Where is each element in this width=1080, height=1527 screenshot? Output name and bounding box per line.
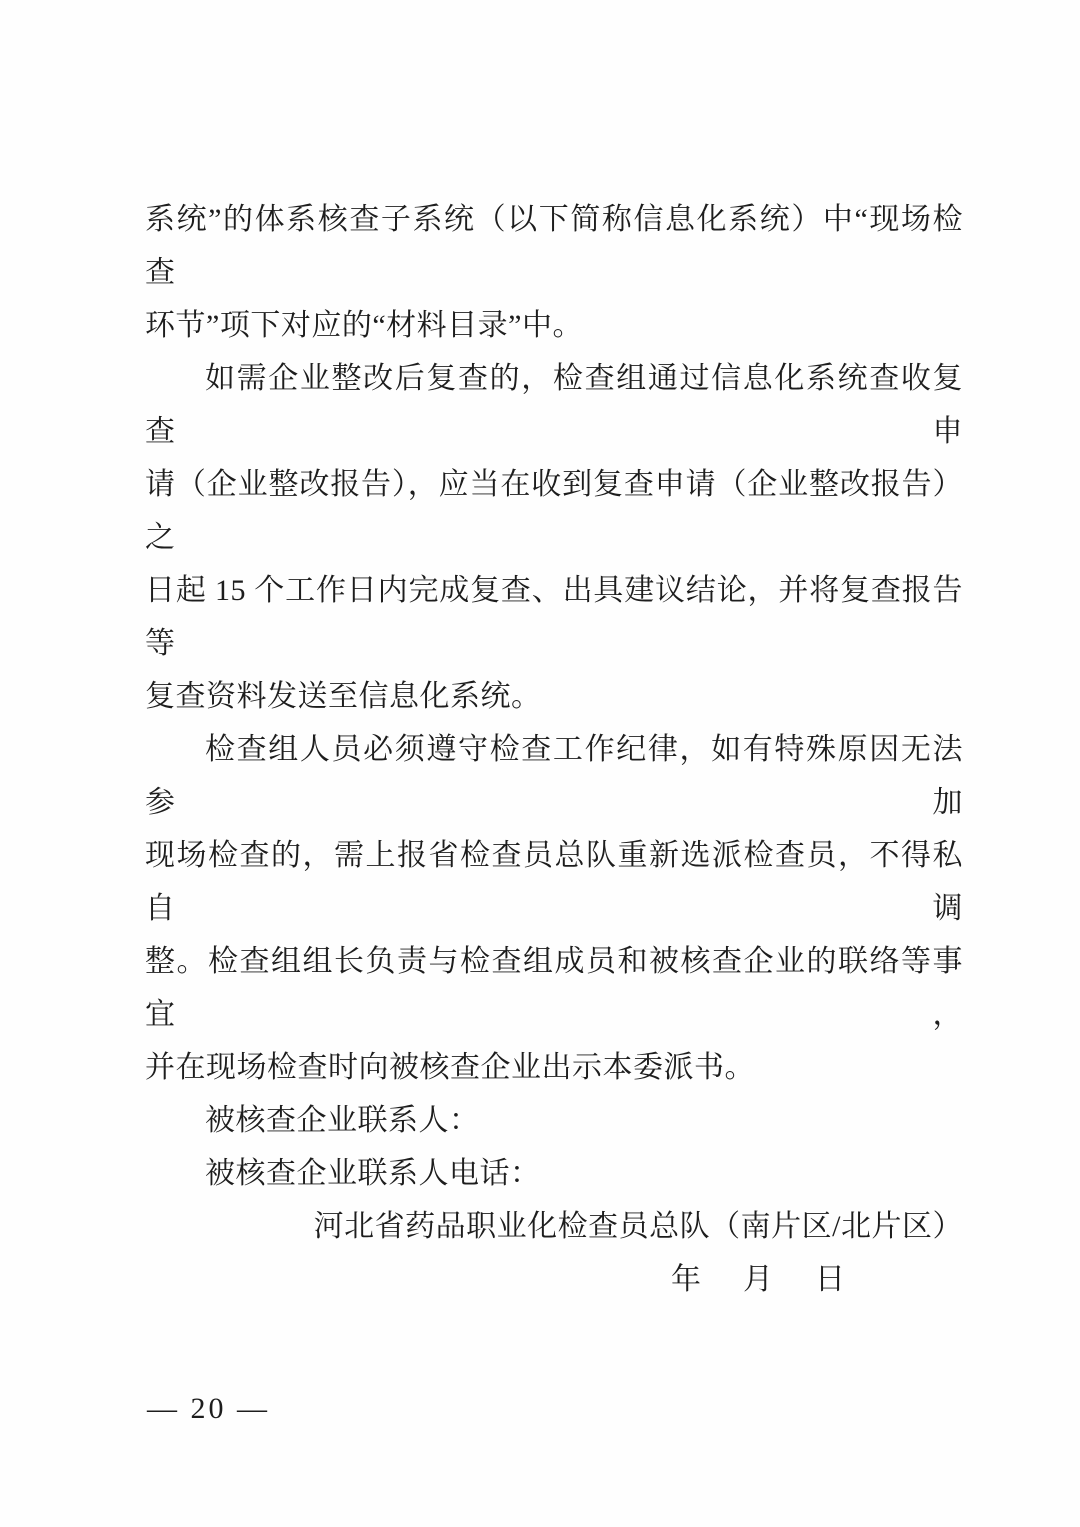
body-line: 日起 15 个工作日内完成复查、出具建议结论，并将复查报告等 — [145, 564, 963, 670]
body-line: 如需企业整改后复查的，检查组通过信息化系统查收复查申 — [145, 352, 963, 458]
contact-phone-line: 被核查企业联系人电话： — [145, 1147, 963, 1200]
page-number: — 20 — — [147, 1392, 270, 1425]
body-line: 整。检查组组长负责与检查组成员和被核查企业的联络等事宜， — [145, 935, 963, 1041]
page-footer: — 20 — — [147, 1392, 270, 1426]
body-line: 系统”的体系核查子系统（以下简称信息化系统）中“现场检查 — [145, 193, 963, 299]
document-body: 系统”的体系核查子系统（以下简称信息化系统）中“现场检查 环节”项下对应的“材料… — [145, 193, 963, 1306]
body-line: 请（企业整改报告），应当在收到复查申请（企业整改报告）之 — [145, 458, 963, 564]
contact-person-line: 被核查企业联系人： — [145, 1094, 963, 1147]
signature-date-line: 年 月 日 — [145, 1253, 963, 1306]
body-line: 复查资料发送至信息化系统。 — [145, 670, 963, 723]
body-line: 并在现场检查时向被核查企业出示本委派书。 — [145, 1041, 963, 1094]
body-line: 现场检查的，需上报省检查员总队重新选派检查员，不得私自调 — [145, 829, 963, 935]
signature-org-line: 河北省药品职业化检查员总队（南片区/北片区） — [145, 1200, 963, 1253]
body-line: 检查组人员必须遵守检查工作纪律，如有特殊原因无法参加 — [145, 723, 963, 829]
body-line: 环节”项下对应的“材料目录”中。 — [145, 299, 963, 352]
document-page: 系统”的体系核查子系统（以下简称信息化系统）中“现场检查 环节”项下对应的“材料… — [0, 0, 1080, 1527]
